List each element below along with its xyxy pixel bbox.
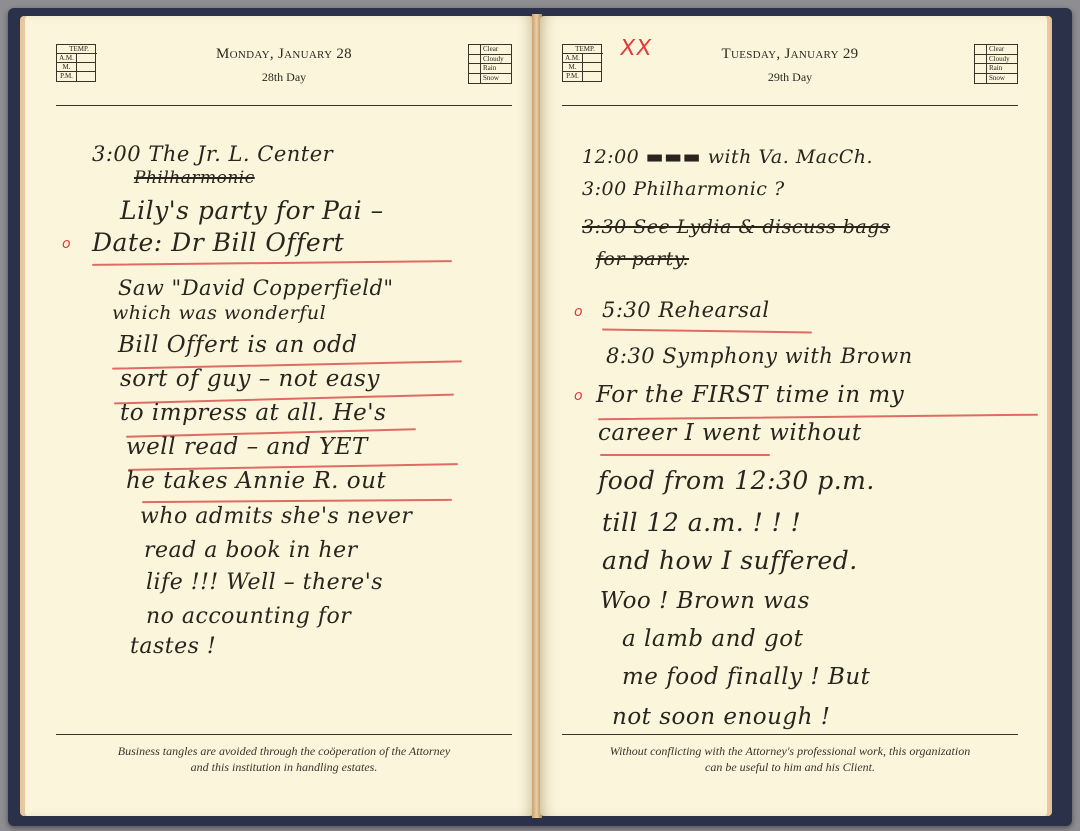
day-count: 28th Day: [56, 70, 512, 85]
date-title: Tuesday, January 29: [562, 46, 1018, 63]
handwritten-line: no accounting for: [146, 604, 351, 629]
handwritten-line: read a book in her: [144, 538, 358, 563]
weather-clear-label: Clear: [481, 45, 511, 54]
weather-rain-label: Rain: [481, 64, 511, 73]
handwritten-line: Bill Offert is an odd: [118, 332, 357, 358]
footer-line: Business tangles are avoided through the…: [56, 743, 512, 759]
handwritten-line: me food finally ! But: [622, 664, 870, 690]
weather-checkbox: [975, 64, 987, 73]
handwritten-line: 12:00 ▬▬▬ with Va. MacCh.: [582, 146, 873, 168]
handwritten-line: well read – and YET: [126, 434, 368, 460]
handwritten-line: and how I suffered.: [602, 546, 858, 575]
weather-clear-label: Clear: [987, 45, 1017, 54]
weather-checkbox: [975, 74, 987, 84]
handwritten-line: Saw "David Copperfield": [118, 276, 394, 300]
handwritten-line: 8:30 Symphony with Brown: [606, 344, 913, 368]
footer-line: and this institution in handling estates…: [56, 759, 512, 775]
handwritten-line: 5:30 Rehearsal: [602, 298, 770, 322]
right-page-footer: Without conflicting with the Attorney's …: [562, 734, 1018, 775]
handwritten-line: 3:00 The Jr. L. Center: [92, 142, 333, 166]
footer-line: Without conflicting with the Attorney's …: [562, 743, 1018, 759]
handwritten-line: not soon enough !: [612, 704, 831, 730]
red-pencil-mark: o: [574, 388, 583, 404]
day-count: 29th Day: [562, 70, 1018, 85]
handwritten-line-struck: Philharmonic: [134, 168, 255, 188]
handwritten-line: For the FIRST time in my: [596, 382, 904, 408]
handwritten-line: sort of guy – not easy: [120, 366, 380, 392]
red-underline: [600, 454, 770, 456]
right-page-header: TEMP. A.M. M. P.M. XX Tuesday, January 2…: [562, 42, 1018, 106]
handwritten-line: till 12 a.m. ! ! !: [602, 508, 801, 537]
handwritten-line: 3:00 Philharmonic ?: [582, 178, 785, 200]
date-title: Monday, January 28: [56, 46, 512, 63]
handwritten-line: to impress at all. He's: [120, 400, 386, 426]
weather-box: Clear Cloudy Rain Snow: [974, 44, 1018, 84]
weather-checkbox: [469, 55, 481, 64]
red-underline: [92, 260, 452, 266]
weather-cloudy-label: Cloudy: [987, 55, 1017, 64]
handwritten-line: food from 12:30 p.m.: [598, 466, 875, 495]
weather-snow-label: Snow: [987, 74, 1017, 84]
left-page-header: TEMP. A.M. M. P.M. Monday, January 28 28…: [56, 42, 512, 106]
red-underline: [142, 499, 452, 503]
weather-rain-label: Rain: [987, 64, 1017, 73]
left-page: TEMP. A.M. M. P.M. Monday, January 28 28…: [20, 16, 534, 816]
red-pencil-mark: o: [574, 304, 583, 320]
handwritten-line: Lily's party for Pai –: [120, 196, 384, 225]
handwritten-line: he takes Annie R. out: [126, 468, 386, 494]
footer-line: can be useful to him and his Client.: [562, 759, 1018, 775]
handwritten-line: which was wonderful: [112, 302, 326, 324]
red-underline: [602, 329, 812, 334]
right-page: TEMP. A.M. M. P.M. XX Tuesday, January 2…: [540, 16, 1052, 816]
handwritten-line-struck: 3:30 See Lydia & discuss bags: [582, 216, 890, 238]
handwritten-line: who admits she's never: [140, 504, 412, 529]
handwritten-line: tastes !: [130, 634, 216, 659]
weather-checkbox: [975, 45, 987, 54]
handwritten-line-struck: for party.: [596, 248, 689, 270]
weather-checkbox: [469, 74, 481, 84]
handwritten-line: Date: Dr Bill Offert: [92, 228, 344, 257]
left-page-footer: Business tangles are avoided through the…: [56, 734, 512, 775]
weather-cloudy-label: Cloudy: [481, 55, 511, 64]
weather-snow-label: Snow: [481, 74, 511, 84]
weather-checkbox: [469, 45, 481, 54]
handwritten-line: career I went without: [598, 420, 862, 446]
handwritten-line: a lamb and got: [622, 626, 803, 652]
handwritten-line: life !!! Well – there's: [146, 570, 383, 595]
weather-checkbox: [975, 55, 987, 64]
red-pencil-mark: o: [62, 236, 71, 252]
handwritten-line: Woo ! Brown was: [600, 588, 810, 614]
weather-box: Clear Cloudy Rain Snow: [468, 44, 512, 84]
weather-checkbox: [469, 64, 481, 73]
